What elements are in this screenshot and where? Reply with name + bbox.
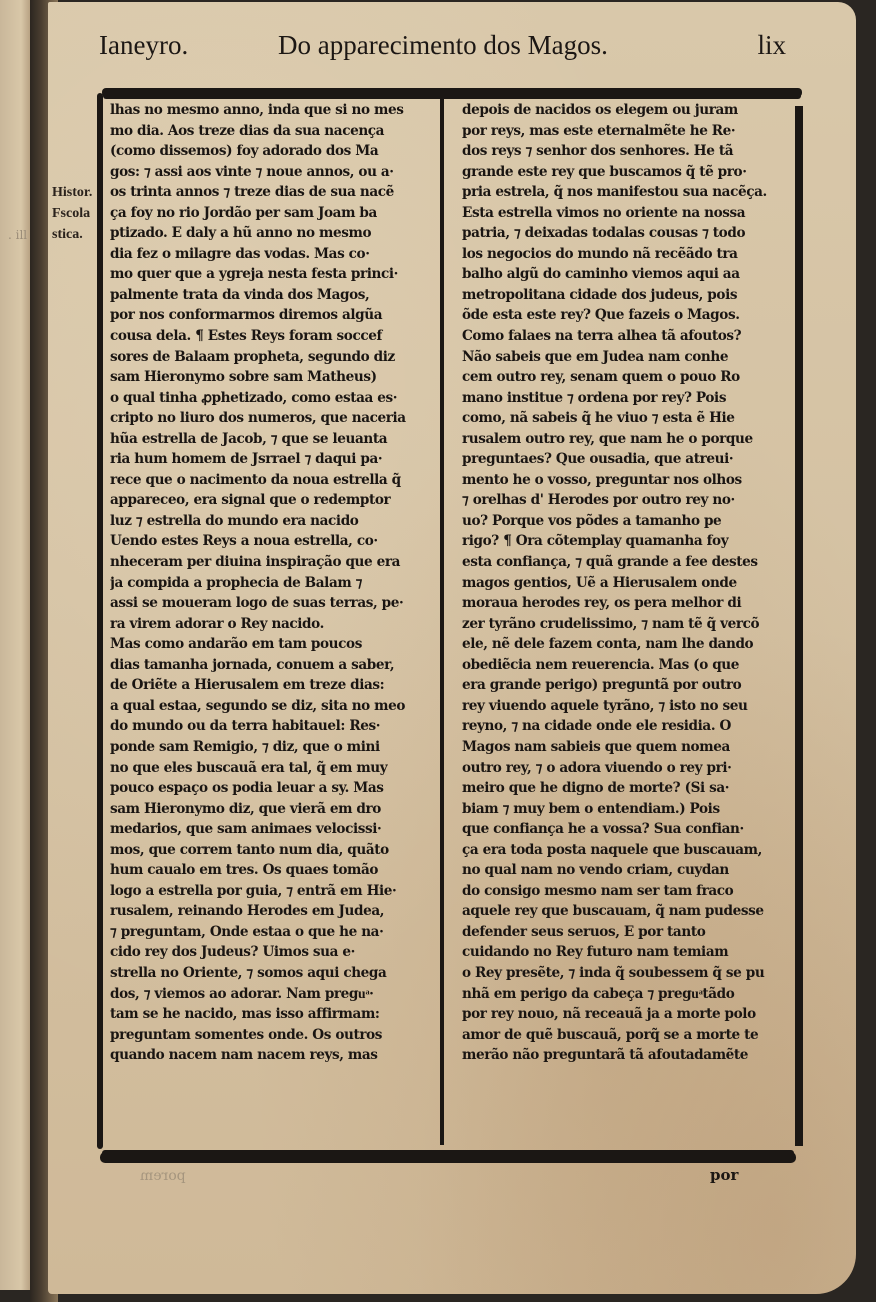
facing-page-edge: . ill <box>0 0 32 1290</box>
running-head: Ianeyro. Do apparecimento dos Magos. lix <box>96 30 786 70</box>
text-line: mento he o vosso, preguntar nos olhos <box>462 470 792 491</box>
text-line: merão não preguntarã tã afoutadamẽte <box>462 1045 792 1066</box>
text-line: metropolitana cidade dos judeus, pois <box>462 285 792 306</box>
text-line: ptizado. E daly a hũ anno no mesmo <box>110 223 440 244</box>
text-line: rece que o nacimento da noua estrella q̃ <box>110 470 440 491</box>
text-line: dos, ⁊ viemos ao adorar. Nam preguͣ· <box>110 984 440 1005</box>
text-line: biam ⁊ muy bem o entendiam.) Pois <box>462 799 792 820</box>
text-line: assi se moueram logo de suas terras, pe· <box>110 593 440 614</box>
text-line: sam Hieronymo diz, que vierã em dro <box>110 799 440 820</box>
text-line: defender seus seruos, E por tanto <box>462 922 792 943</box>
top-border-rule <box>102 88 802 97</box>
text-line: aquele rey que buscauam, q̃ nam pudesse <box>462 901 792 922</box>
text-line: Mas como andarão em tam poucos <box>110 634 440 655</box>
text-line: dias tamanha jornada, conuem a saber, <box>110 655 440 676</box>
left-border-rule <box>97 93 103 1149</box>
margin-note-line: Histor. <box>52 182 102 203</box>
text-line: no qual nam no vendo criam, cuydan <box>462 860 792 881</box>
text-line: mano institue ⁊ ordena por rey? Pois <box>462 388 792 409</box>
running-head-month: Ianeyro. <box>99 30 188 61</box>
text-line: rey viuendo aquele tyrãno, ⁊ isto no seu <box>462 696 792 717</box>
text-line: esta confiança, ⁊ quã grande a fee deste… <box>462 552 792 573</box>
text-line: los negocios do mundo nã recẽãdo tra <box>462 244 792 265</box>
bleed-through-text: porem <box>140 1168 186 1184</box>
text-line: hũa estrella de Jacob, ⁊ que se leuanta <box>110 429 440 450</box>
text-line: no que eles buscauã era tal, q̃ em muy <box>110 758 440 779</box>
text-line: õde esta este rey? Que fazeis o Magos. <box>462 305 792 326</box>
text-line: como, nã sabeis q̃ he viuo ⁊ esta ẽ Hie <box>462 408 792 429</box>
text-line: mos, que correm tanto num dia, quãto <box>110 840 440 861</box>
text-line: luz ⁊ estrella do mundo era nacido <box>110 511 440 532</box>
text-line: gos: ⁊ assi aos vinte ⁊ noue annos, ou a… <box>110 162 440 183</box>
right-border-rule <box>795 106 803 1146</box>
text-line: cido rey dos Judeus? Uimos sua e· <box>110 942 440 963</box>
text-line: Esta estrella vimos no oriente na nossa <box>462 203 792 224</box>
facing-page-bleed-text: . ill <box>8 228 27 242</box>
text-line: uo? Porque vos põdes a tamanho pe <box>462 511 792 532</box>
text-line: medarios, que sam animaes velocissi· <box>110 819 440 840</box>
text-line: ele, nẽ dele fazem conta, nam lhe dando <box>462 634 792 655</box>
text-line: era grande perigo) preguntã por outro <box>462 675 792 696</box>
text-line: patria, ⁊ deixadas todalas cousas ⁊ todo <box>462 223 792 244</box>
text-line: lhas no mesmo anno, inda que si no mes <box>110 100 440 121</box>
text-line: Magos nam sabieis que quem nomea <box>462 737 792 758</box>
folio-number: lix <box>757 30 786 61</box>
text-line: do mundo ou da terra habitauel: Res· <box>110 716 440 737</box>
text-line: os trinta annos ⁊ treze dias de sua nacẽ <box>110 182 440 203</box>
text-line: meiro que he digno de morte? (Si sa· <box>462 778 792 799</box>
text-line: sam Hieronymo sobre sam Matheus) <box>110 367 440 388</box>
text-line: o Rey presẽte, ⁊ inda q̃ soubessem q̃ se… <box>462 963 792 984</box>
text-line: preguntaes? Que ousadia, que atreui· <box>462 449 792 470</box>
text-line: rigo? ¶ Ora cõtemplay quamanha foy <box>462 531 792 552</box>
margin-note-line: Fscola <box>52 203 102 224</box>
text-line: depois de nacidos os elegem ou juram <box>462 100 792 121</box>
text-line: quando nacem nam nacem reys, mas <box>110 1045 440 1066</box>
text-line: Não sabeis que em Judea nam conhe <box>462 347 792 368</box>
text-line: balho algũ do caminho viemos aqui aa <box>462 264 792 285</box>
text-line: obediẽcia nem reuerencia. Mas (o que <box>462 655 792 676</box>
text-line: mo dia. Aos treze dias da sua nacença <box>110 121 440 142</box>
text-line: ja compida a prophecia de Balam ⁊ <box>110 573 440 594</box>
bottom-border-rule <box>100 1152 796 1163</box>
text-line: logo a estrella por guia, ⁊ entrã em Hie… <box>110 881 440 902</box>
text-line: zer tyrãno crudelissimo, ⁊ nam tẽ q̃ ver… <box>462 614 792 635</box>
text-line: dia fez o milagre das vodas. Mas co· <box>110 244 440 265</box>
text-line: ria hum homem de Jsrrael ⁊ daqui pa· <box>110 449 440 470</box>
text-line: magos gentios, Uẽ a Hierusalem onde <box>462 573 792 594</box>
text-line: Uendo estes Reys a noua estrella, co· <box>110 531 440 552</box>
text-line: ça foy no rio Jordão per sam Joam ba <box>110 203 440 224</box>
scanned-book-page: . ill Ianeyro. Do apparecimento dos Mago… <box>0 0 876 1302</box>
text-line: cem outro rey, senam quem o pouo Ro <box>462 367 792 388</box>
text-line: dos reys ⁊ senhor dos senhores. He tã <box>462 141 792 162</box>
text-line: ra virem adorar o Rey nacido. <box>110 614 440 635</box>
column-divider-rule <box>440 95 444 1145</box>
text-line: amor de quẽ buscauã, porq̃ se a morte te <box>462 1025 792 1046</box>
text-line: mo quer que a ygreja nesta festa princi· <box>110 264 440 285</box>
text-column-right: depois de nacidos os elegem ou jurampor … <box>462 100 792 1066</box>
text-column-left: lhas no mesmo anno, inda que si no mesmo… <box>110 100 440 1066</box>
text-line: a qual estaa, segundo se diz, sita no me… <box>110 696 440 717</box>
text-line: tam se he nacido, mas isso affirmam: <box>110 1004 440 1025</box>
text-line: moraua herodes rey, os pera melhor di <box>462 593 792 614</box>
text-line: grande este rey que buscamos q̃ tẽ pro· <box>462 162 792 183</box>
text-line: do consigo mesmo nam ser tam fraco <box>462 881 792 902</box>
text-line: o qual tinha ꝓphetizado, como estaa es· <box>110 388 440 409</box>
text-line: outro rey, ⁊ o adora viuendo o rey pri· <box>462 758 792 779</box>
text-line: Como falaes na terra alhea tã afoutos? <box>462 326 792 347</box>
text-line: pouco espaço os podia leuar a sy. Mas <box>110 778 440 799</box>
text-line: rusalem, reinando Herodes em Judea, <box>110 901 440 922</box>
text-line: strella no Oriente, ⁊ somos aqui chega <box>110 963 440 984</box>
text-line: por reys, mas este eternalmẽte he Re· <box>462 121 792 142</box>
text-line: appareceo, era signal que o redemptor <box>110 490 440 511</box>
text-line: hum caualo em tres. Os quaes tomão <box>110 860 440 881</box>
text-line: ça era toda posta naquele que buscauam, <box>462 840 792 861</box>
text-line: cuidando no Rey futuro nam temiam <box>462 942 792 963</box>
text-line: nheceram per diuina inspiração que era <box>110 552 440 573</box>
catchword: por <box>710 1166 738 1184</box>
text-line: rusalem outro rey, que nam he o porque <box>462 429 792 450</box>
margin-note-line: stica. <box>52 224 102 245</box>
text-line: ⁊ preguntam, Onde estaa o que he na· <box>110 922 440 943</box>
text-line: reyno, ⁊ na cidade onde ele residia. O <box>462 716 792 737</box>
marginal-note: Histor. Fscola stica. <box>52 182 102 245</box>
text-line: por nos conformarmos diremos algũa <box>110 305 440 326</box>
text-line: que confiança he a vossa? Sua confian· <box>462 819 792 840</box>
text-line: ⁊ orelhas d' Herodes por outro rey no· <box>462 490 792 511</box>
text-line: de Oriẽte a Hierusalem em treze dias: <box>110 675 440 696</box>
text-line: cripto no liuro dos numeros, que naceria <box>110 408 440 429</box>
text-line: (como dissemos) foy adorado dos Ma <box>110 141 440 162</box>
text-line: por rey nouo, nã receauã ja a morte polo <box>462 1004 792 1025</box>
text-line: nhã em perigo da cabeça ⁊ preguͣtãdo <box>462 984 792 1005</box>
text-line: cousa dela. ¶ Estes Reys foram soccef <box>110 326 440 347</box>
text-line: pria estrela, q̃ nos manifestou sua nacẽ… <box>462 182 792 203</box>
text-line: preguntam somentes onde. Os outros <box>110 1025 440 1046</box>
text-line: sores de Balaam propheta, segundo diz <box>110 347 440 368</box>
text-line: palmente trata da vinda dos Magos, <box>110 285 440 306</box>
running-head-title: Do apparecimento dos Magos. <box>278 30 608 61</box>
text-line: ponde sam Remigio, ⁊ diz, que o mini <box>110 737 440 758</box>
